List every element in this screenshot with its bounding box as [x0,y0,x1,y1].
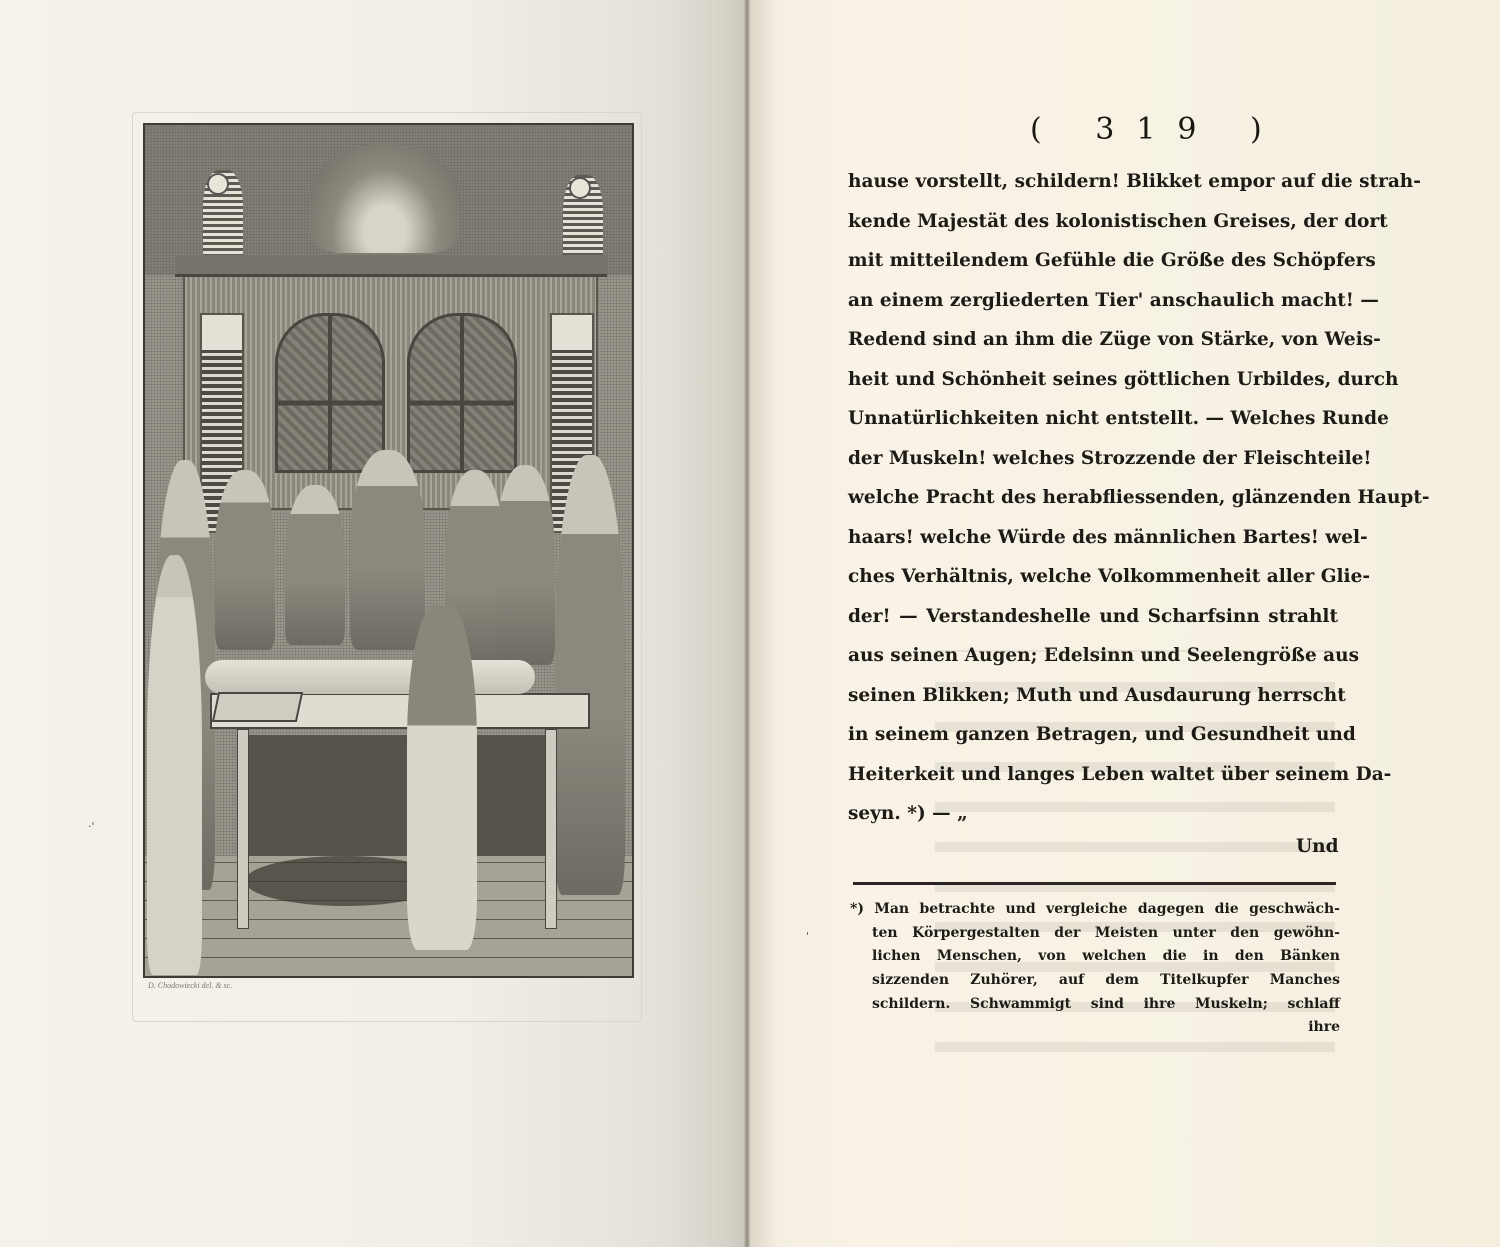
catchword: Und [1296,836,1339,857]
book-spread: D. Chodowiecki del. & sc. ·' ' ( 319 ) h… [0,0,1500,1247]
figure-girl-left [147,555,202,975]
footnote-line: ten Körpergestalten der Meisten unter de… [850,922,1340,946]
text-line: Heiterkeit und langes Leben waltet über … [848,755,1338,795]
text-line: kende Majestät des kolonistischen Greise… [848,202,1338,242]
text-line: der! — Verstandeshelle und Scharfsinn st… [848,597,1338,637]
figure-boy-foreground [407,605,477,950]
text-line: heit und Schönheit seines göttlichen Urb… [848,360,1338,400]
book-gutter [744,0,750,1247]
footnote-line: sizzenden Zuhörer, auf dem Titelkupfer M… [850,969,1340,993]
skull-left-icon [207,173,229,195]
figure-bearded-elder [350,450,425,650]
footnote-line: lichen Menschen, von welchen die in den … [850,945,1340,969]
text-line: haars! welche Würde des männlichen Barte… [848,518,1338,558]
text-line: an einem zergliederten Tier' anschaulich… [848,281,1338,321]
figure-woman-1 [215,470,275,650]
open-book-icon [212,692,303,722]
cabinet-glass-door-right [407,313,517,473]
figure-man-right [555,455,625,895]
stray-mark: ·' [88,820,95,833]
text-line: Unnatürlichkeiten nicht entstellt. — Wel… [848,399,1338,439]
text-line: seinen Blikken; Muth und Ausdaurung herr… [848,676,1338,716]
text-line: Redend sind an ihm die Züge von Stärke, … [848,320,1338,360]
figure-woman-4 [495,465,555,665]
cabinet-glass-door-left [275,313,385,473]
text-line: mit mitteilendem Gefühle die Größe des S… [848,241,1338,281]
footnote-rule [853,882,1336,885]
footnote-line: schildern. Schwammigt sind ihre Muskeln;… [850,993,1340,1017]
footnote-catchword: ihre [850,1016,1340,1040]
stray-mark: ' [806,930,809,943]
footnote: *) Man betrachte und vergleiche dagegen … [850,898,1340,1040]
text-line: ches Verhältnis, welche Volkommenheit al… [848,557,1338,597]
engraver-credit: D. Chodowiecki del. & sc. [148,981,232,990]
page-number: ( 319 ) [1030,112,1284,147]
engraving-illustration [143,123,634,978]
text-line: hause vorstellt, schildern! Blikket empo… [848,162,1338,202]
skull-right-icon [569,177,591,199]
body-on-table [205,660,535,694]
text-line: seyn. *) — „ [848,794,1338,834]
porcupine-specimen-icon [310,143,460,253]
text-line: welche Pracht des herabfliessenden, glän… [848,478,1338,518]
cabinet-cornice [175,255,607,277]
text-line: der Muskeln! welches Strozzende der Flei… [848,439,1338,479]
footnote-line: *) Man betrachte und vergleiche dagegen … [850,898,1340,922]
text-line: aus seinen Augen; Edelsinn und Seelengrö… [848,636,1338,676]
figure-woman-2 [285,485,345,645]
table-leg-left [237,729,249,929]
text-line: in seinem ganzen Betragen, und Gesundhei… [848,715,1338,755]
table-leg-right [545,729,557,929]
body-text: hause vorstellt, schildern! Blikket empo… [848,162,1338,834]
